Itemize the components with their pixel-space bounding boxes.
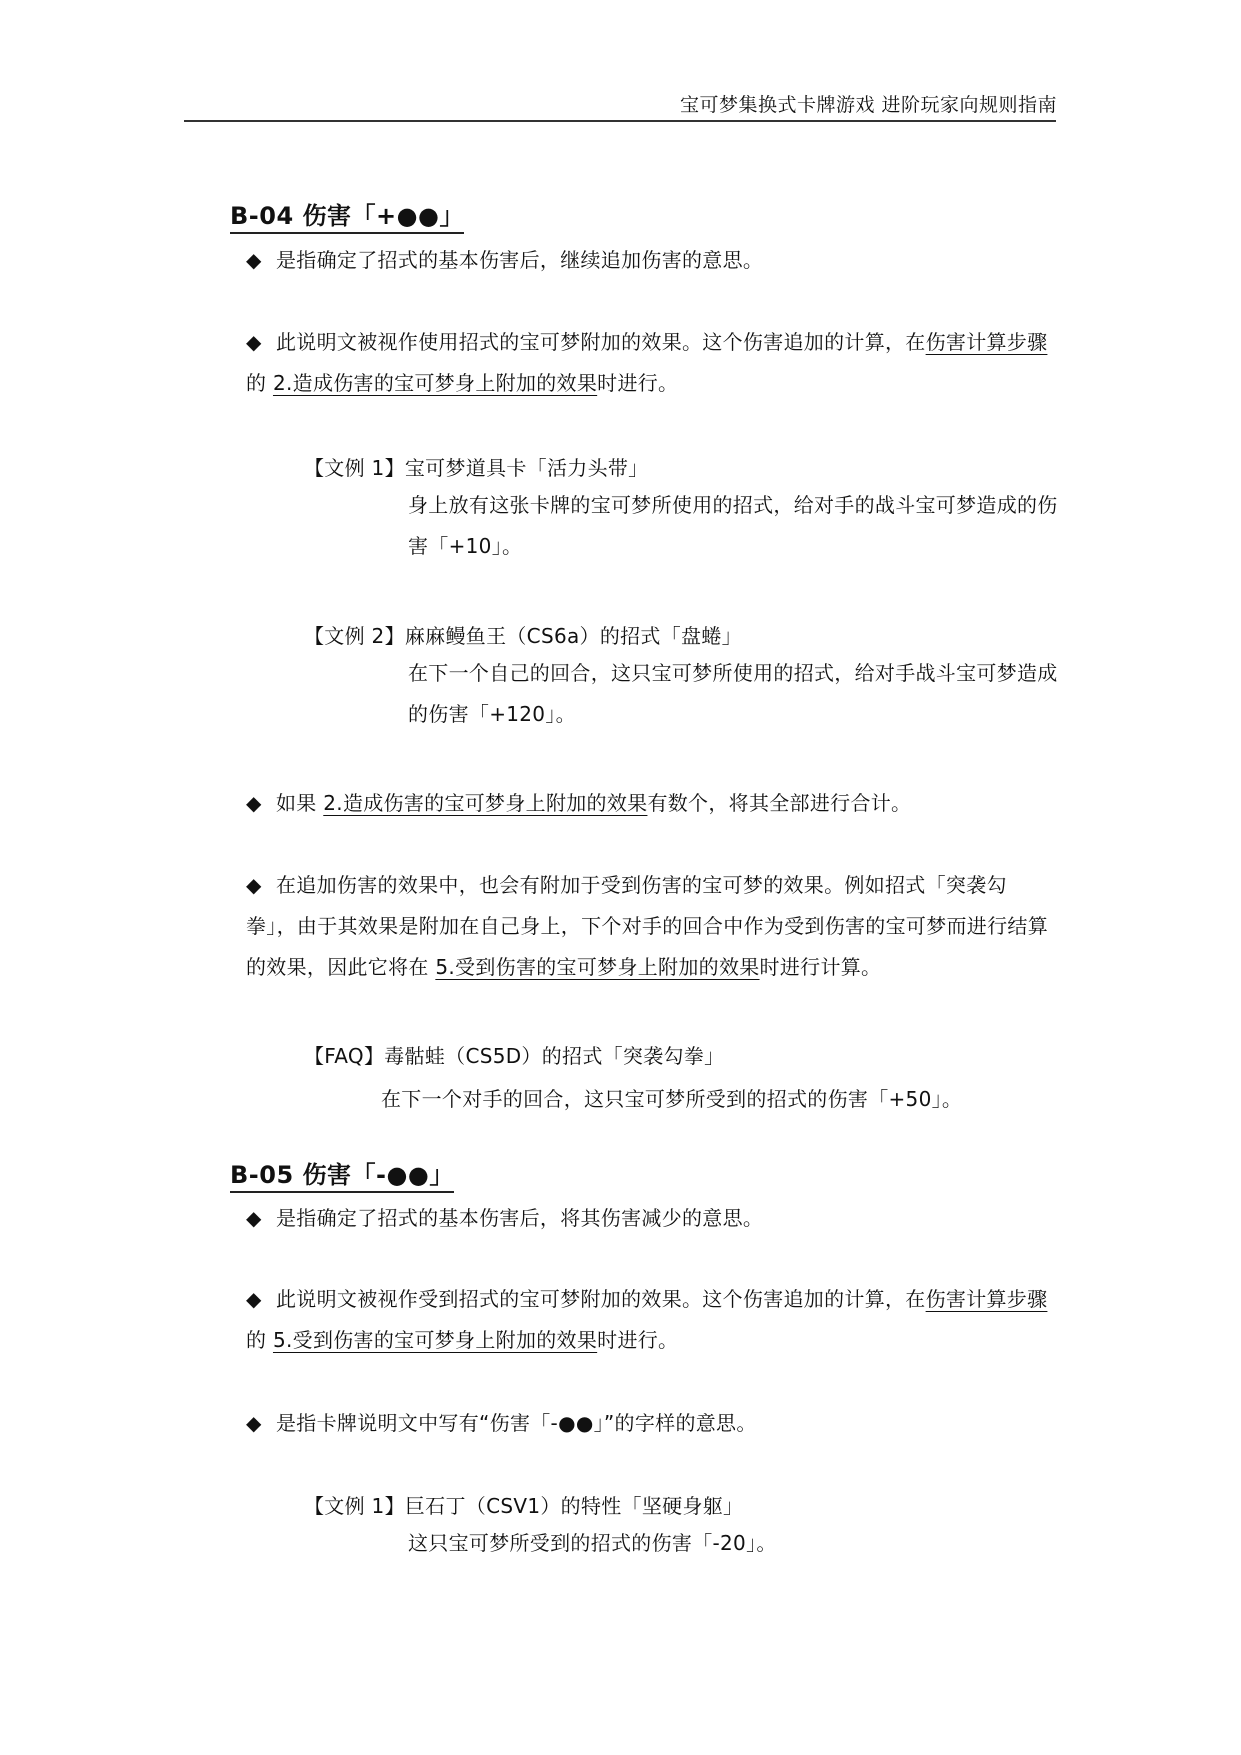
faq-label: 【FAQ】毒骷蛙（CS5D）的招式「突袭勾拳」 xyxy=(304,1040,724,1069)
example-body: 这只宝可梦所受到的招式的伤害「-20」。 xyxy=(408,1523,1058,1564)
diamond-bullet-icon: ◆ xyxy=(246,240,276,281)
faq-body: 在下一个对手的回合，这只宝可梦所受到的招式的伤害「+50」。 xyxy=(381,1083,1061,1112)
bullet-paragraph: ◆在追加伤害的效果中，也会有附加于受到伤害的宝可梦的效果。例如招式「突袭勾拳」，… xyxy=(246,865,1056,988)
example-body: 在下一个自己的回合，这只宝可梦所使用的招式，给对手战斗宝可梦造成的伤害「+120… xyxy=(408,653,1058,735)
example-body: 身上放有这张卡牌的宝可梦所使用的招式，给对手的战斗宝可梦造成的伤害「+10」。 xyxy=(408,485,1058,567)
bullet-text: 的 xyxy=(246,371,273,395)
bullet-text: 时进行。 xyxy=(597,371,678,395)
example-label: 【文例 1】巨石丁（CSV1）的特性「坚硬身躯」 xyxy=(304,1490,743,1519)
bullet-text: 此说明文被视作受到招式的宝可梦附加的效果。这个伤害追加的计算，在 xyxy=(276,1287,926,1311)
bullet-text: 时进行计算。 xyxy=(760,955,882,979)
bullet-paragraph: ◆如果 2.造成伤害的宝可梦身上附加的效果有数个，将其全部进行合计。 xyxy=(246,783,1056,824)
header-title: 宝可梦集换式卡牌游戏 进阶玩家向规则指南 xyxy=(680,90,1057,117)
bullet-paragraph: ◆此说明文被视作受到招式的宝可梦附加的效果。这个伤害追加的计算，在伤害计算步骤的… xyxy=(246,1279,1056,1361)
diamond-bullet-icon: ◆ xyxy=(246,1279,276,1320)
bullet-text: 是指确定了招式的基本伤害后，将其伤害减少的意思。 xyxy=(276,1206,763,1230)
link-step-5[interactable]: 5.受到伤害的宝可梦身上附加的效果 xyxy=(273,1328,597,1352)
section-heading: B-04 伤害「+●●」 xyxy=(230,196,464,234)
bullet-text: 如果 xyxy=(276,791,323,815)
bullet-text: 时进行。 xyxy=(597,1328,678,1352)
diamond-bullet-icon: ◆ xyxy=(246,322,276,363)
link-step-5[interactable]: 5.受到伤害的宝可梦身上附加的效果 xyxy=(435,955,759,979)
diamond-bullet-icon: ◆ xyxy=(246,1403,276,1444)
diamond-bullet-icon: ◆ xyxy=(246,783,276,824)
bullet-text: 是指确定了招式的基本伤害后，继续追加伤害的意思。 xyxy=(276,248,763,272)
link-step-2[interactable]: 2.造成伤害的宝可梦身上附加的效果 xyxy=(273,371,597,395)
link-damage-steps[interactable]: 伤害计算步骤 xyxy=(926,330,1048,354)
bullet-text: 有数个，将其全部进行合计。 xyxy=(647,791,911,815)
bullet-text: 此说明文被视作使用招式的宝可梦附加的效果。这个伤害追加的计算，在 xyxy=(276,330,926,354)
example-label: 【文例 1】宝可梦道具卡「活力头带」 xyxy=(304,452,648,481)
link-damage-steps[interactable]: 伤害计算步骤 xyxy=(926,1287,1048,1311)
bullet-paragraph: ◆此说明文被视作使用招式的宝可梦附加的效果。这个伤害追加的计算，在伤害计算步骤的… xyxy=(246,322,1056,404)
bullet-text: 的 xyxy=(246,1328,273,1352)
header-divider xyxy=(184,120,1056,122)
bullet-paragraph: ◆是指卡牌说明文中写有“伤害「-●●」”的字样的意思。 xyxy=(246,1403,1056,1444)
diamond-bullet-icon: ◆ xyxy=(246,865,276,906)
section-heading: B-05 伤害「-●●」 xyxy=(230,1155,454,1193)
bullet-text: 是指卡牌说明文中写有“伤害「-●●」”的字样的意思。 xyxy=(276,1411,757,1435)
example-label: 【文例 2】麻麻鳗鱼王（CS6a）的招式「盘蜷」 xyxy=(304,620,742,649)
bullet-paragraph: ◆是指确定了招式的基本伤害后，将其伤害减少的意思。 xyxy=(246,1198,1056,1239)
bullet-paragraph: ◆是指确定了招式的基本伤害后，继续追加伤害的意思。 xyxy=(246,240,1056,281)
diamond-bullet-icon: ◆ xyxy=(246,1198,276,1239)
link-step-2[interactable]: 2.造成伤害的宝可梦身上附加的效果 xyxy=(323,791,647,815)
